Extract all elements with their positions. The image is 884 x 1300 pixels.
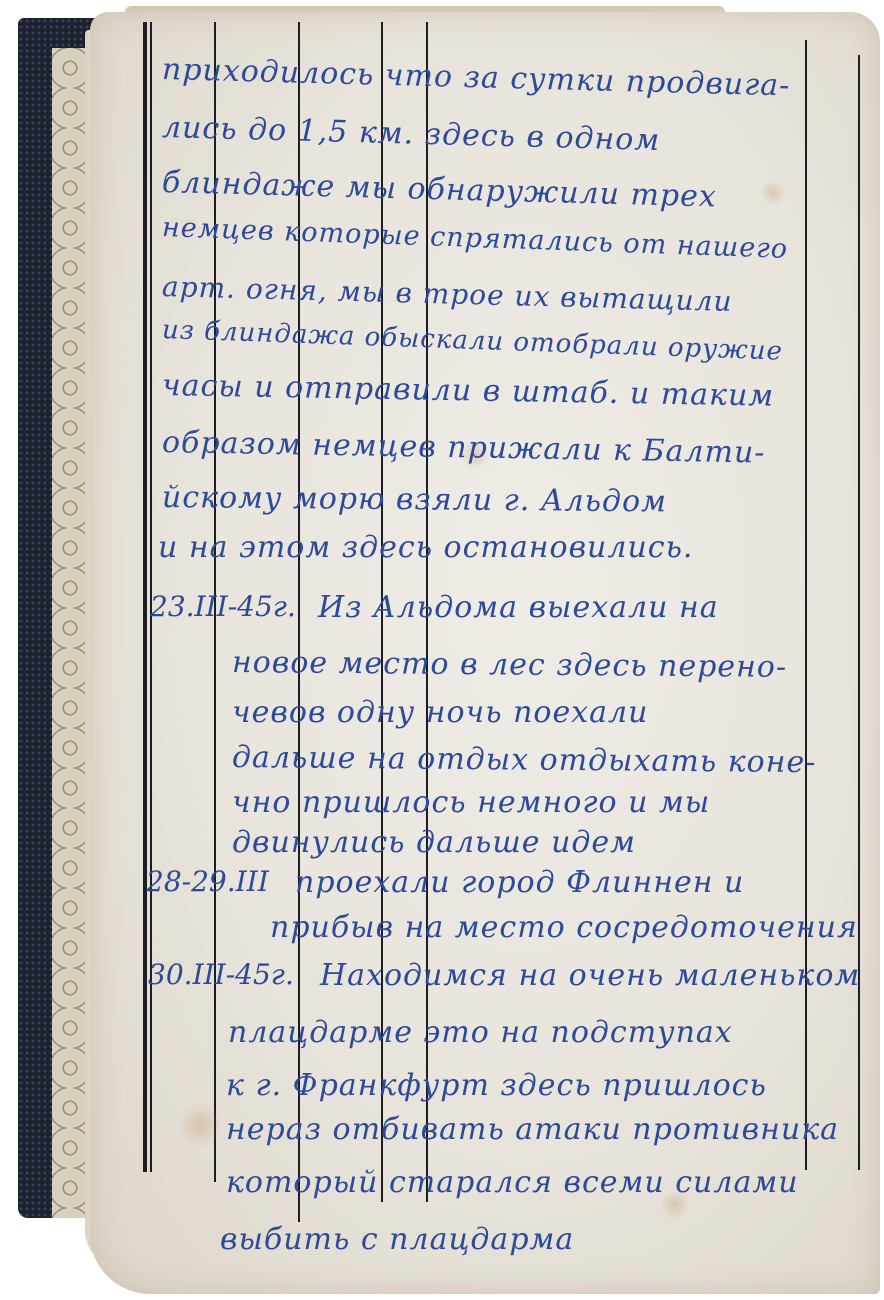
entry-line: нераз отбивать атаки противника [226, 1112, 839, 1147]
text-line: немцев которые спрятались от нашего [161, 212, 788, 265]
entry-line: выбить с плацдарма [220, 1222, 574, 1257]
entry-line: Из Альдома выехали на [318, 590, 719, 625]
text-line: и на этом здесь остановились. [158, 530, 693, 565]
text-line: приходилось что за сутки продвига- [162, 52, 791, 103]
entry-date: 28-29.III [146, 865, 269, 898]
text-line: арт. огня, мы в трое их вытащили [162, 270, 733, 318]
text-line: йскому морю взяли г. Альдом [162, 480, 667, 519]
entry-line: прибыв на место сосредоточения [270, 910, 858, 945]
entry-line: дальше на отдых отдыхать коне- [232, 740, 817, 780]
entry-line: новое место в лес здесь перено- [232, 645, 787, 685]
entry-line: к г. Франкфурт здесь пришлось [226, 1068, 767, 1103]
entry-line: плацдарме это на подступах [228, 1015, 733, 1050]
text-line: блиндаже мы обнаружили трех [162, 165, 718, 215]
text-line: лись до 1,5 км. здесь в одном [162, 110, 661, 158]
entry-date: 30.III-45г. [148, 958, 294, 991]
text-line: часы и отправили в штаб. и таким [162, 368, 775, 414]
text-line: образом немцев прижали к Балти- [162, 425, 766, 471]
entry-line: чно пришлось немного и мы [232, 785, 710, 820]
text-line: из блиндажа обыскали отобрали оружие [161, 315, 783, 367]
entry-line: который старался всеми силами [226, 1165, 799, 1200]
entry-line: чевов одну ночь поехали [232, 695, 648, 730]
entry-date: 23.III-45г. [150, 590, 296, 623]
entry-line: Находимся на очень маленьком [320, 958, 860, 993]
entry-line: проехали город Флиннен и [295, 865, 744, 900]
entry-line: двинулись дальше идем [232, 825, 636, 860]
handwritten-text: приходилось что за сутки продвига- лись … [0, 0, 884, 1300]
